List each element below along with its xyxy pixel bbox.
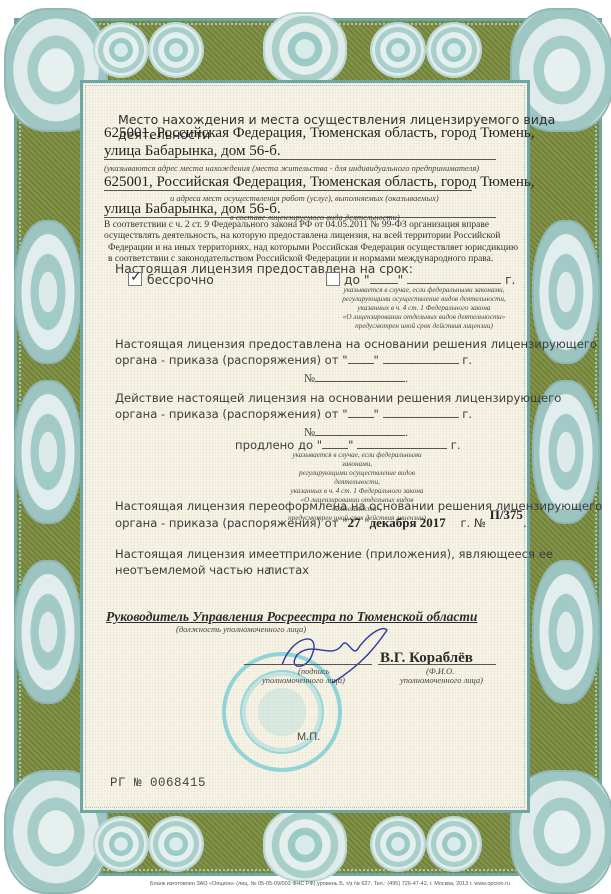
activity-address-line-1: 625001, Российская Федерация, Тюменская … [104,174,534,191]
granted-line-1: Настоящая лицензия предоставлена на осно… [115,337,597,351]
rosette-ornament [95,24,147,76]
side-ornament-left [14,560,82,704]
number-label: г. № [460,516,486,530]
appendix-line-1a: Настоящая лицензия имеет [115,547,286,561]
signature-line [244,664,372,665]
effect-line-2: органа - приказа (распоряжения) от " [115,407,348,421]
granted-number-field[interactable]: №. [304,372,408,385]
rosette-ornament [95,818,147,870]
rosette-ornament [372,818,424,870]
year-suffix: г. [451,438,461,452]
month-year-blank[interactable] [383,363,459,364]
rosette-ornament [428,24,480,76]
footer-printer-info: Бланк изготовлен ЗАО «Опцион» (лиц. № 05… [150,881,510,887]
name-note-2: уполномоченного лица) [400,675,483,685]
year-suffix: г. [462,353,472,367]
granted-date-field[interactable]: органа - приказа (распоряжения) от "" г. [115,353,472,367]
effect-date-field[interactable]: органа - приказа (распоряжения) от "" г. [115,407,472,421]
address-line-1: 625001, Российская Федерация, Тюменская … [104,125,534,142]
day-blank[interactable] [348,417,374,418]
term-note: указывается в случае, если федеральными … [340,286,508,331]
side-ornament-right [532,560,600,704]
address-note-1: (указываются адрес места нахождения (мес… [104,163,479,173]
appendix-line-2a: неотъемлемой частью на [115,563,271,577]
legal-line: Федерации и на иных территориях, над кот… [108,243,518,253]
reissued-line-1: Настоящая лицензия переоформлена на осно… [115,499,602,513]
reissued-date-field[interactable]: органа - приказа (распоряжения) от "27 "… [115,515,527,531]
effect-line-1: Действие настоящей лицензия на основании… [115,391,561,405]
indefinite-checkbox[interactable]: ✓ [128,272,142,286]
number-blank[interactable] [315,381,405,382]
until-date-field[interactable]: до "" г. [344,273,515,287]
day-blank[interactable] [370,283,398,284]
seal-label: М.П. [297,731,320,743]
reissued-day: 27 [348,515,361,530]
granted-line-2: органа - приказа (распоряжения) от " [115,353,348,367]
number-label: № [304,372,315,385]
indefinite-label: бессрочно [147,273,214,287]
reissued-month-year: декабря 2017 [370,515,446,530]
checkmark-icon: ✓ [130,268,142,285]
appendix-line-2b: листах [267,563,309,577]
rosette-ornament [150,24,202,76]
rosette-ornament [150,818,202,870]
legal-line: осуществлять деятельность, на которую пр… [104,231,500,241]
month-year-blank[interactable] [357,448,447,449]
rosette-ornament [428,818,480,870]
center-medallion-top [265,14,345,84]
signature-note-2: уполномоченного лица) [262,675,345,685]
appendix-line-1b: приложение (приложения), являющееся ее [285,547,553,561]
center-medallion-bottom [265,810,345,880]
reissued-line-2: органа - приказа (распоряжения) от " [115,516,348,530]
side-ornament-left [14,380,82,524]
side-ornament-left [14,220,82,364]
reissued-number: П/375 [490,507,523,522]
year-suffix: г. [505,273,515,287]
until-label: до " [344,273,370,287]
underline [104,159,496,160]
day-blank[interactable] [348,363,374,364]
rosette-ornament [372,24,424,76]
year-suffix: г. [462,407,472,421]
position-title: Руководитель Управления Росреестра по Тю… [106,609,477,625]
legal-line: В соответствии с ч. 2 ст. 9 Федерального… [104,220,489,230]
name-line [378,664,496,665]
month-year-blank[interactable] [407,283,501,284]
address-line-2: улица Бабарынка, дом 56-б. [104,143,281,160]
month-year-blank[interactable] [383,417,459,418]
day-blank[interactable] [322,448,348,449]
registration-number: РГ № 0068415 [110,776,206,790]
until-checkbox[interactable] [326,272,340,286]
extended-date-field[interactable]: продлено до "" г. [235,438,461,452]
underline [104,190,472,191]
number-blank[interactable] [315,435,405,436]
extended-label: продлено до " [235,438,322,452]
